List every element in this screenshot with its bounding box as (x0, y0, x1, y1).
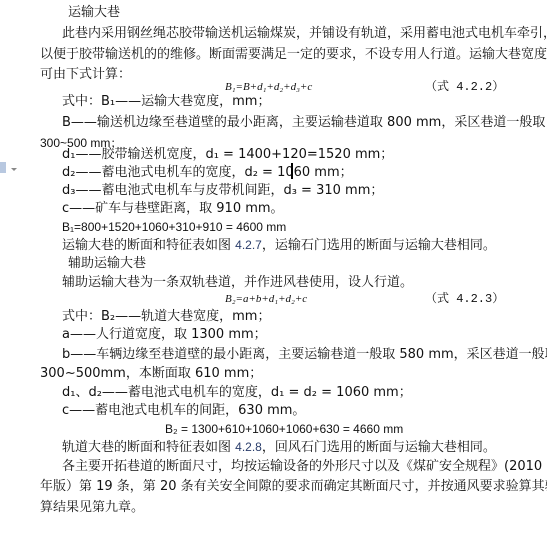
figure-link-4-2-7[interactable]: 4.2.7 (235, 238, 262, 252)
closing-line: 算结果见第九章。 (40, 499, 144, 517)
definition-b2: 式中：B₂——轨道大巷宽度，mm； (62, 308, 270, 326)
definition-d2: d₂——蓄电池式电机车的宽度，d₂ = 1060 mm； (62, 164, 353, 182)
paragraph-line: 以便于胶带输送机的的维修。断面需要满足一定的要求，不设专用人行道。运输大巷宽度 (40, 46, 547, 64)
text-cursor (291, 163, 293, 179)
closing-line: 各主要开拓巷道的断面尺寸，均按运输设备的外形尺寸以及《煤矿安全规程》(2010 (62, 458, 542, 476)
figure-text-pre: 运输大巷的断面和特征表如图 (62, 238, 235, 253)
result-b1: B₁=800+1520+1060+310+910 = 4600 mm (62, 218, 286, 236)
definition-b-small: b——车辆边缘至巷道壁的最小距离，主要运输巷道一般取 580 mm，采区巷道一般… (62, 346, 547, 364)
result-b2: B₂ = 1300+610+1060+1060+630 = 4660 mm (165, 420, 403, 438)
definition-d3: d₃——蓄电池式电机车与皮带机间距，d₃ = 310 mm； (62, 182, 383, 200)
formula-b2: B₂=a+b+d₁+d₂+c (225, 290, 307, 308)
definition-b: B——输送机边缘至巷道壁的最小距离，主要运输巷道取 800 mm，采区巷道一般取 (62, 114, 545, 132)
figure-reference-line: 运输大巷的断面和特征表如图 4.2.7，运输石门选用的断面与运输大巷相同。 (62, 236, 496, 254)
figure-link-4-2-8[interactable]: 4.2.8 (235, 440, 262, 454)
figure-text-pre: 轨道大巷的断面和特征表如图 (62, 440, 235, 455)
figure-text-post: ，回风石门选用的断面与运输大巷相同。 (262, 440, 496, 455)
definition-b-small-cont: 300~500mm，本断面取 610 mm； (40, 365, 262, 383)
paragraph-line: 可由下式计算： (40, 66, 131, 84)
definition-c: c——矿车与巷壁距离，取 910 mm。 (62, 200, 284, 218)
equation-number: （式 4.2.3） (425, 290, 504, 308)
figure-reference-line: 轨道大巷的断面和特征表如图 4.2.8，回风石门选用的断面与运输大巷相同。 (62, 438, 496, 456)
paste-options-icon[interactable] (0, 162, 6, 173)
closing-line: 年版）第 19 条，第 20 条有关安全间隙的要求而确定其断面尺寸，并按通风要求… (40, 478, 547, 496)
section-heading-auxiliary: 辅助运输大巷 (68, 255, 146, 273)
section-heading-transport: 运输大巷 (68, 4, 120, 22)
definition-b1: 式中：B₁——运输大巷宽度，mm； (62, 93, 270, 111)
figure-text-post: ，运输石门选用的断面与运输大巷相同。 (262, 238, 496, 253)
definition-d: d₁、d₂——蓄电池式电机车的宽度，d₁ = d₂ = 1060 mm； (62, 384, 412, 402)
definition-a: a——人行道宽度，取 1300 mm； (62, 326, 267, 344)
equation-number: （式 4.2.2） (425, 78, 504, 96)
definition-c2: c——蓄电池式电机车的间距，630 mm。 (62, 402, 305, 420)
dropdown-arrow-icon[interactable] (11, 168, 17, 171)
paragraph-line: 此巷内采用钢丝绳芯胶带输送机运输煤炭，并铺设有轨道，采用蓄电池式电机车牵引， (62, 25, 547, 43)
definition-d1: d₁——胶带输送机宽度，d₁ = 1400+120=1520 mm； (62, 146, 393, 164)
